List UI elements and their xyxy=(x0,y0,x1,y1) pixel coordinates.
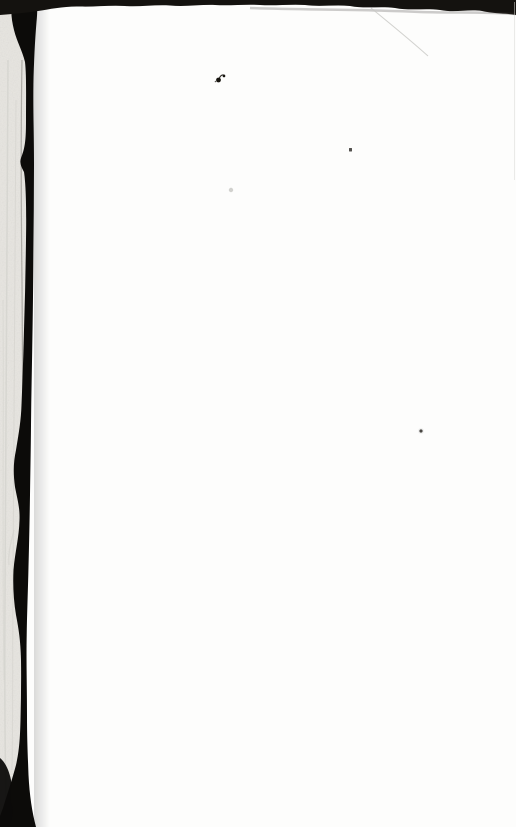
ink-blot-body xyxy=(216,78,221,83)
dust-speck-core xyxy=(419,429,422,432)
page-surface xyxy=(0,0,516,827)
scanned-book-page xyxy=(0,0,516,827)
dust-speck-upper xyxy=(349,148,352,152)
scan-canvas xyxy=(0,0,516,827)
ink-blot-satellite xyxy=(215,81,217,83)
dust-speck-faint xyxy=(229,188,233,192)
spine-soft-shadow xyxy=(34,0,50,827)
dust-speck-mid xyxy=(418,428,424,434)
